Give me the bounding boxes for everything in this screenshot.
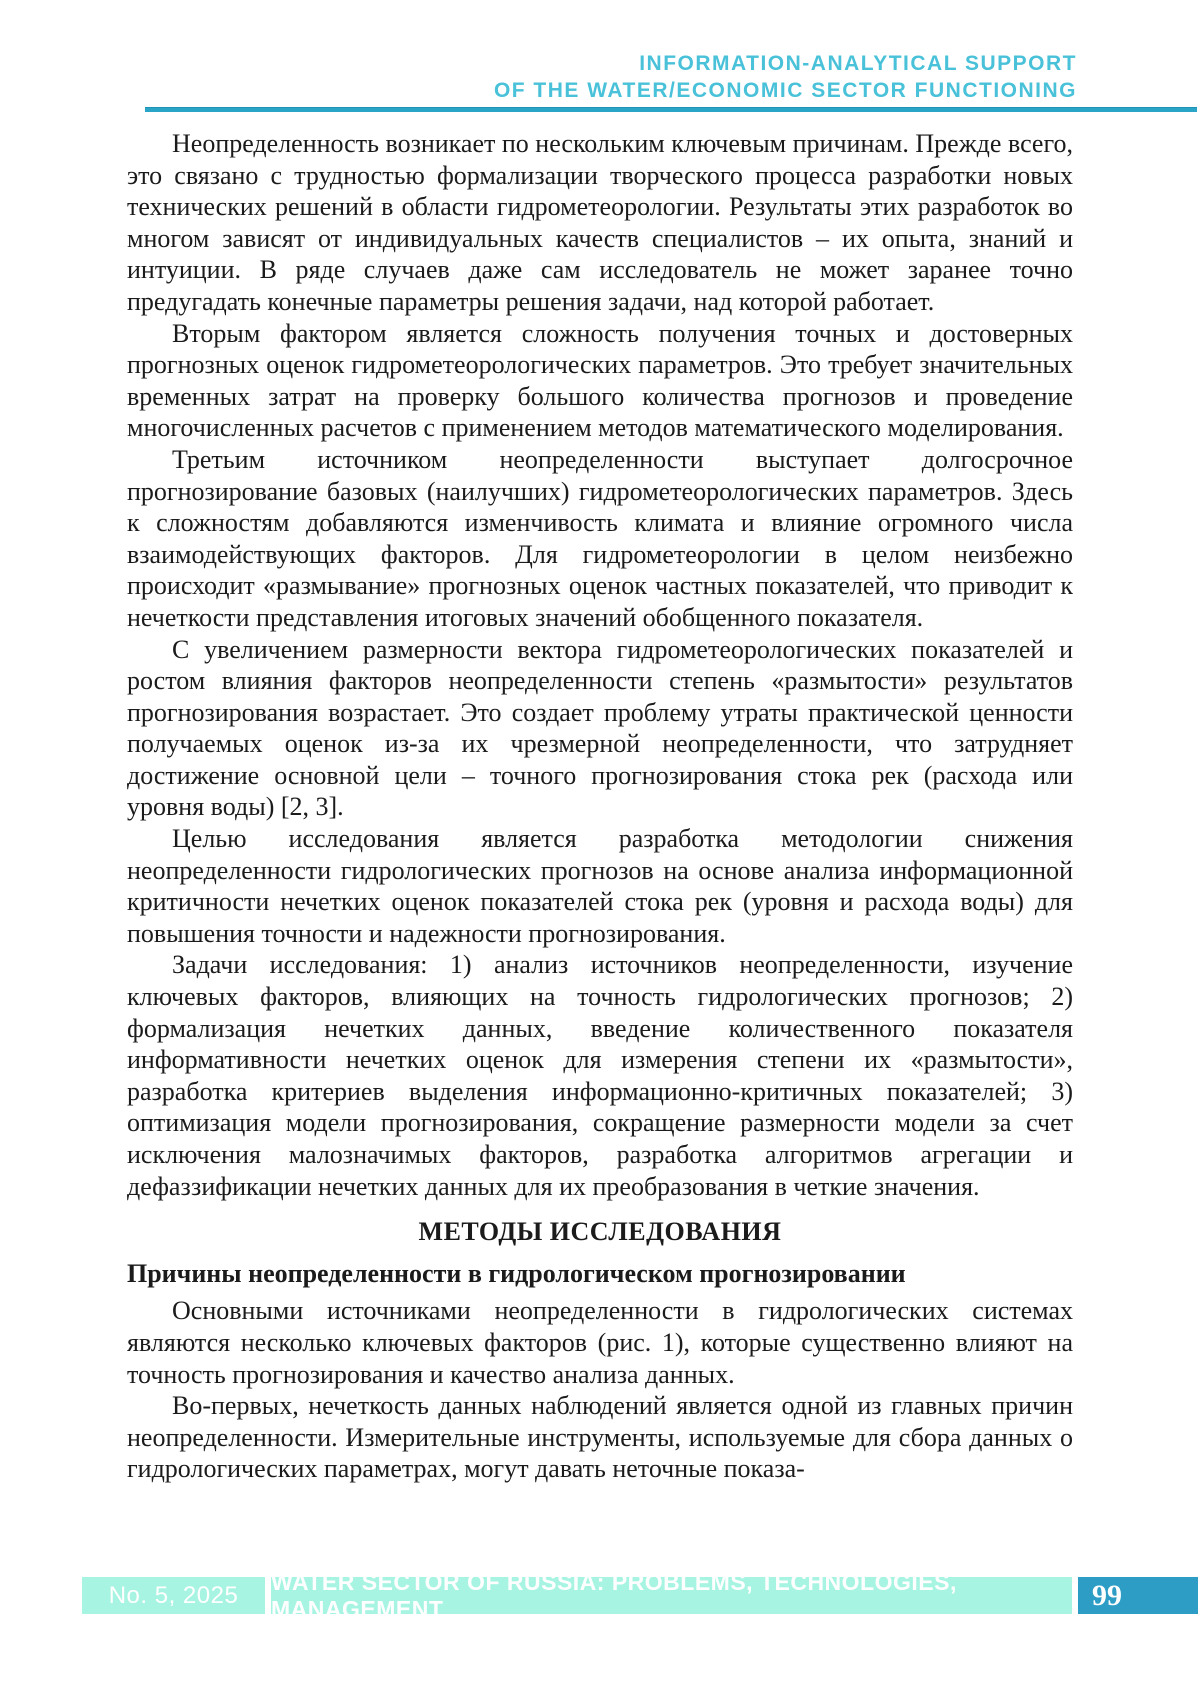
paragraph: С увеличением размерности вектора гидром… (127, 634, 1073, 824)
paragraph: Неопределенность возникает по нескольким… (127, 128, 1073, 318)
paragraph: Во-первых, нечеткость данных наблюдений … (127, 1390, 1073, 1485)
paragraph: Третьим источником неопределенности выст… (127, 444, 1073, 634)
paragraph: Основными источниками неопределенности в… (127, 1295, 1073, 1390)
header-rule (145, 107, 1197, 112)
article-body: Неопределенность возникает по нескольким… (127, 128, 1073, 1485)
paragraph: Целью исследования является разработка м… (127, 823, 1073, 949)
section-heading: МЕТОДЫ ИССЛЕДОВАНИЯ (127, 1216, 1073, 1248)
paragraph: Задачи исследования: 1) анализ источнико… (127, 949, 1073, 1202)
footer-issue: No. 5, 2025 (82, 1577, 265, 1614)
page-number: 99 (1078, 1577, 1198, 1614)
footer-bar: No. 5, 2025 WATER SECTOR OF RUSSIA: PROB… (82, 1577, 1198, 1614)
journal-page: INFORMATION-ANALYTICAL SUPPORT OF THE WA… (0, 0, 1200, 1686)
running-head-line-2: OF THE WATER/ECONOMIC SECTOR FUNCTIONING (494, 77, 1077, 104)
running-head: INFORMATION-ANALYTICAL SUPPORT OF THE WA… (494, 50, 1077, 104)
subsection-heading: Причины неопределенности в гидрологическ… (127, 1258, 1073, 1290)
paragraph: Вторым фактором является сложность получ… (127, 318, 1073, 444)
running-head-line-1: INFORMATION-ANALYTICAL SUPPORT (494, 50, 1077, 77)
footer-journal-title: WATER SECTOR OF RUSSIA: PROBLEMS, TECHNO… (271, 1577, 1072, 1614)
